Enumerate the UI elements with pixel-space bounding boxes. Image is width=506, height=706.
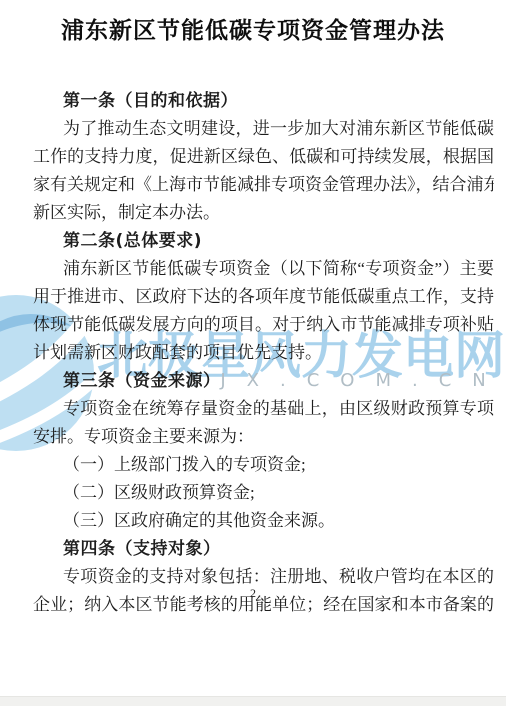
- article-2-heading: 第二条(总体要求): [33, 227, 494, 255]
- page-number: 2: [0, 586, 506, 600]
- paragraph-line: 体现节能低碳发展方向的项目。对于纳入市节能减排专项补贴: [33, 311, 494, 339]
- paragraph-line: 家有关规定和《上海市节能减排专项资金管理办法》，结合浦东: [33, 171, 494, 199]
- document-body: 浦东新区节能低碳专项资金管理办法 第一条（目的和依据） 为了推动生态文明建设，进…: [0, 0, 506, 619]
- paragraph-line: 新区实际，制定本办法。: [33, 199, 494, 227]
- list-item-1: （一）上级部门拨入的专项资金;: [33, 451, 494, 479]
- paragraph-line: 浦东新区节能低碳专项资金（以下简称“专项资金”）主要: [33, 255, 494, 283]
- paragraph-line: 工作的支持力度，促进新区绿色、低碳和可持续发展，根据国: [33, 143, 494, 171]
- paragraph-line: 为了推动生态文明建设，进一步加大对浦东新区节能低碳: [33, 115, 494, 143]
- list-item-3: （三）区政府确定的其他资金来源。: [33, 507, 494, 535]
- article-4-heading: 第四条（支持对象）: [33, 535, 494, 563]
- list-item-2: （二）区级财政预算资金;: [33, 479, 494, 507]
- paragraph-line: 用于推进市、区政府下达的各项年度节能低碳重点工作，支持: [33, 283, 494, 311]
- paragraph-line: 计划需新区财政配套的项目优先支持。: [33, 339, 494, 367]
- document-title: 浦东新区节能低碳专项资金管理办法: [0, 0, 506, 46]
- document-content: 第一条（目的和依据） 为了推动生态文明建设，进一步加大对浦东新区节能低碳 工作的…: [0, 87, 506, 619]
- paragraph-line: 安排。专项资金主要来源为：: [33, 423, 494, 451]
- document-page: 北极星风力发电网 BJX.COM.CN 浦东新区节能低碳专项资金管理办法 第一条…: [0, 0, 506, 706]
- viewer-bottom-strip: [0, 696, 506, 706]
- article-3-heading: 第三条（资金来源）: [33, 367, 494, 395]
- article-1-heading: 第一条（目的和依据）: [33, 87, 494, 115]
- paragraph-line: 专项资金在统筹存量资金的基础上，由区级财政预算专项: [33, 395, 494, 423]
